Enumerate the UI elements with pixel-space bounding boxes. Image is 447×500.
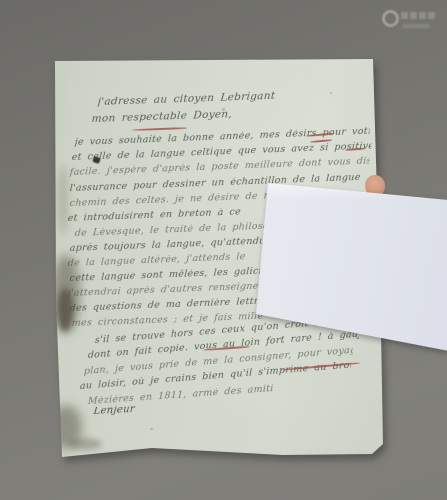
watermark-glyph bbox=[428, 12, 435, 19]
privacy-card bbox=[0, 0, 447, 500]
watermark-glyph bbox=[419, 12, 426, 19]
privacy-card-surface bbox=[0, 0, 447, 500]
watermark bbox=[382, 8, 444, 34]
ring-logo-icon bbox=[382, 10, 399, 27]
photo-canvas: j'adresse au citoyen Lebrigant mon respe… bbox=[0, 0, 447, 500]
watermark-glyph bbox=[401, 12, 408, 19]
watermark-subtext-bar bbox=[402, 24, 430, 28]
watermark-glyph bbox=[410, 12, 417, 19]
